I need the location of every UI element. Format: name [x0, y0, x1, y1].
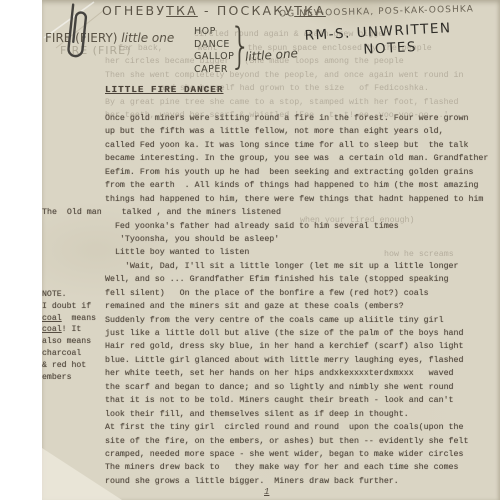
typed-line: At first the tiny girl circled round and… — [105, 421, 497, 434]
word-list-item: HOP — [194, 26, 234, 39]
typed-line: the scarf and began to dance; and so lig… — [105, 381, 497, 394]
typed-line: Once gold miners were sitting round a fi… — [105, 112, 497, 125]
typed-line: blue. Little girl glanced about with lit… — [105, 354, 497, 367]
typed-line: Suddenly from the very centre of the coa… — [105, 314, 497, 327]
typed-line: from the earth . All kinds of things had… — [105, 179, 497, 192]
typed-line: called Fed yoon ka. It was long since ti… — [105, 139, 497, 152]
paperclip — [55, 0, 96, 69]
margin-note: NOTE.I doubt ifcoal meanscoal! Italso me… — [42, 289, 104, 383]
margin-note-line: I doubt if — [42, 301, 104, 313]
bleed-line: By a great pine tree she came to a stop,… — [105, 98, 459, 107]
typed-line: cramped, needed more space - she went wi… — [105, 448, 497, 461]
typed-line: things had happened to him, there were f… — [105, 193, 497, 206]
word-list-item: CAPER — [194, 64, 234, 77]
margin-note-line: charcoal — [42, 348, 104, 360]
margin-note-line: NOTE. — [42, 289, 104, 301]
paper-sheet: circled round again & again grew biggerf… — [42, 0, 500, 500]
typed-line: that it is not to be told. Miners caught… — [105, 394, 497, 407]
typed-line: site of the fire, on the embers, or ashe… — [105, 435, 497, 448]
typed-line: The Old man talked , and the miners list… — [42, 206, 497, 219]
margin-note-line: coal! It — [42, 324, 104, 336]
handwritten-word-list: HOPDANCEGALLOPCAPER — [194, 26, 234, 76]
typed-line: up but the fifth was a little fellow, no… — [105, 125, 497, 138]
fire-label-little-one: little one — [121, 31, 174, 45]
margin-note-line: also means — [42, 336, 104, 348]
typed-line: 'Wait, Dad, I'll sit a little longer (le… — [105, 260, 497, 273]
margin-note-line: embers — [42, 372, 104, 384]
typed-line: look their fill, and themselves silent a… — [105, 408, 497, 421]
margin-note-line: & red hot — [42, 360, 104, 372]
word-list-item: GALLOP — [194, 51, 234, 64]
typed-line: her white teeth, set her hands on her hi… — [105, 367, 497, 380]
typed-line: round she grows a little bigger. Miners … — [105, 475, 497, 488]
typed-line: remained and the miners sit and gaze at … — [105, 300, 497, 313]
typed-line: just like a little doll but alive (the s… — [105, 327, 497, 340]
page-number: 1 — [264, 487, 269, 497]
typed-line: 'Tyoonsha, you should be asleep' — [105, 233, 497, 246]
bleed-line: Then she went completely beyond the peop… — [105, 71, 463, 80]
typed-line: Hair red gold, dress sky blue, in her ha… — [105, 340, 497, 353]
typed-line: Little boy wanted to listen — [105, 246, 497, 259]
brace-mark: } — [230, 18, 251, 74]
typed-line: became interesting. In the group, you se… — [105, 152, 497, 165]
typed-line: Fed yoonka's father had already said to … — [105, 220, 497, 233]
word-list-item: DANCE — [194, 39, 234, 52]
typed-line: Well, and so ... Grandfather Efim finish… — [105, 273, 497, 286]
typed-body-text: Once gold miners were sitting round a fi… — [105, 112, 497, 488]
document-title: LITTLE FIRE DANCER — [105, 84, 223, 95]
scan-background: { "heading": "LITTLE FIRE DANCER", "page… — [0, 0, 500, 500]
margin-note-line: coal means — [42, 313, 104, 325]
typed-line: Eefim. From his youth up he had been see… — [105, 166, 497, 179]
typed-line: fell silent) On the place of the bonfire… — [105, 287, 497, 300]
typed-line: The miners drew back to they make way fo… — [105, 461, 497, 474]
